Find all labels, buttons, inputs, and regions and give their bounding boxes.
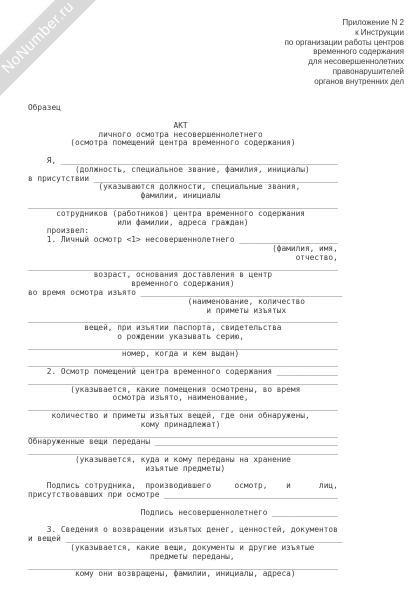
header-line: временного содержания [0, 47, 404, 57]
doc-line: Подпись несовершеннолетнего ____________… [28, 509, 420, 518]
doc-line [28, 95, 420, 104]
doc-line: кому они возвращены, фамилии, инициалы, … [28, 570, 420, 579]
document-page: NoNumber.ru Приложение N 2к Инструкциипо… [0, 0, 420, 600]
doc-line: Образец [28, 104, 420, 113]
doc-line: присутствовавших при осмотре ___________… [28, 491, 420, 500]
header-line: органов внутренних дел [0, 77, 404, 87]
header-line: для несовершеннолетних [0, 57, 404, 67]
doc-line: (осмотра помещений центра временного сод… [28, 139, 420, 148]
document-text: Образец АКТ личного осмотра несовершенно… [0, 87, 420, 580]
doc-line: изъятые предметы) [28, 465, 420, 474]
header-line: по организации работы центров [0, 38, 404, 48]
doc-line [28, 87, 420, 96]
header-line: правонарушителей [0, 67, 404, 77]
